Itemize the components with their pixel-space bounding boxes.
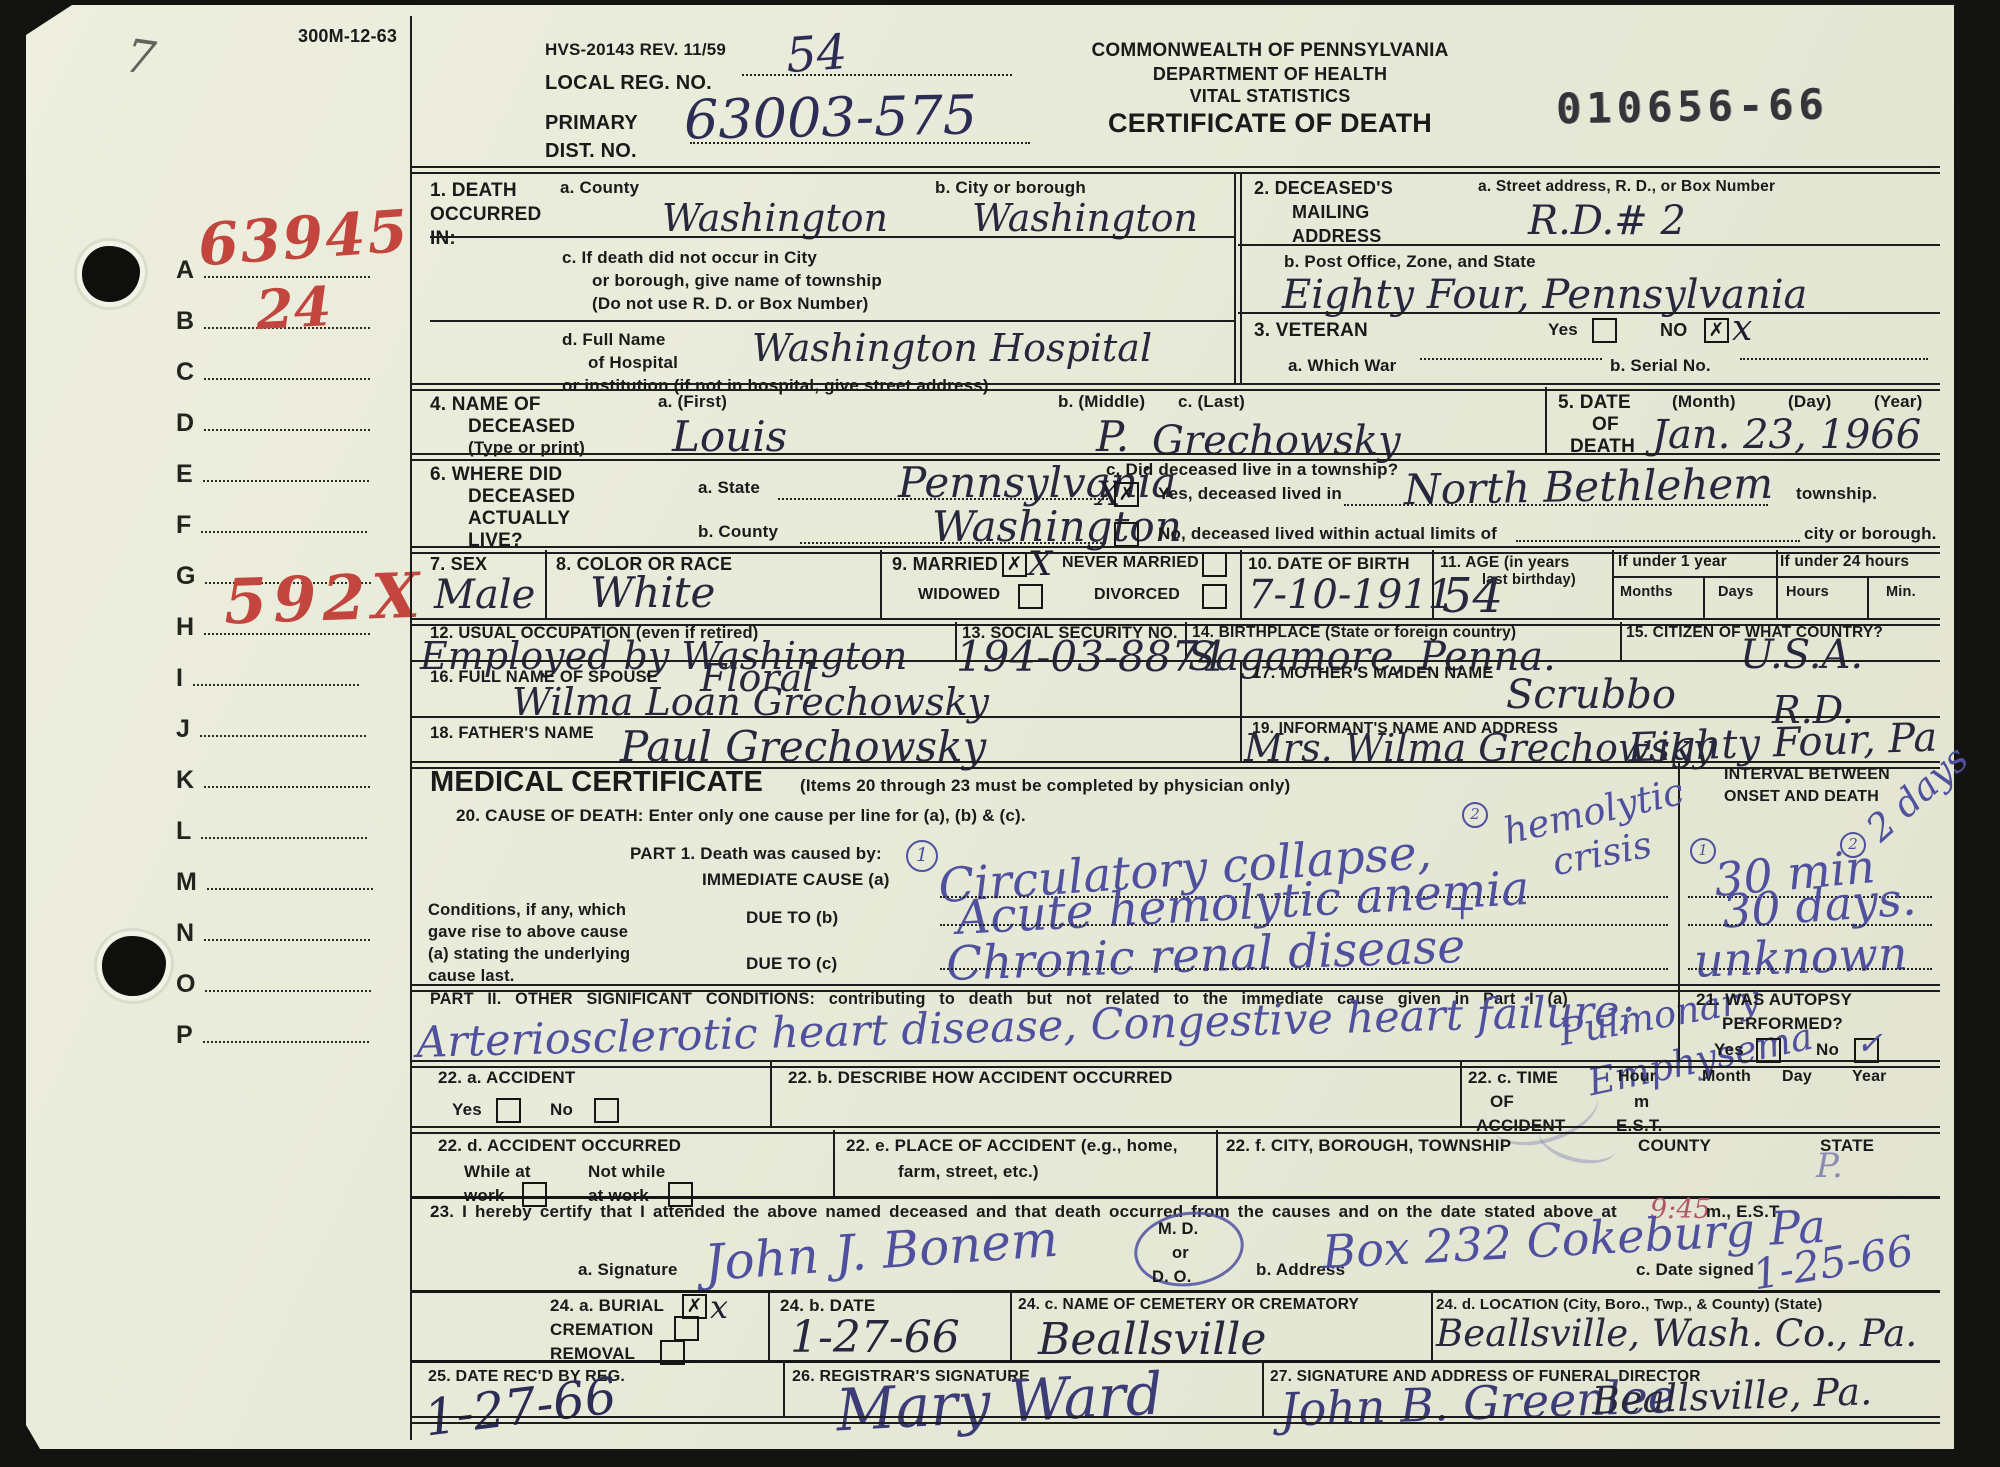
sec7-value: Male (434, 572, 535, 618)
interval-c-value: unknown (1693, 926, 1908, 987)
sec11-hours-min-div (1867, 576, 1869, 618)
sec9-married-label: 9. MARRIED (892, 554, 998, 575)
sec24-cemetery-value: Beallsville (1038, 1314, 1266, 1365)
sec9-divorced-checkbox (1202, 584, 1227, 609)
dist-value: 63003-575 (683, 83, 977, 151)
sec23-or-label: or (1172, 1244, 1189, 1263)
row7-div6 (1776, 550, 1778, 618)
sec6-yes-text: Yes, deceased lived in (1158, 484, 1342, 504)
sec6-borough-line (1516, 540, 1800, 542)
sec24-location-label: 24. d. LOCATION (City, Boro., Twp., & Co… (1436, 1296, 1822, 1313)
sec22d-notwhile-label: Not while (588, 1162, 665, 1182)
sec6-state-label: a. State (698, 478, 760, 498)
sec2-street-value: R.D.# 2 (1528, 198, 1686, 244)
interval-a2-circle2: 2 (1840, 832, 1866, 858)
row24-div1 (768, 1292, 770, 1360)
index-letter-row-L: L (176, 817, 394, 849)
sec2-rule1 (1238, 244, 1940, 246)
index-letter-row-D: D (176, 409, 394, 441)
index-letter-row-I: I (176, 664, 394, 696)
sec3-no-extra-mark: x (1732, 308, 1752, 349)
sec23-signature-label: a. Signature (578, 1260, 678, 1280)
sec5-month-label: (Month) (1672, 392, 1736, 412)
margin-red-number-2: 24 (254, 274, 332, 342)
sec22d-whileat-label: While at (464, 1162, 531, 1182)
vital-line: VITAL STATISTICS (1000, 86, 1540, 107)
row18-div (1240, 718, 1242, 761)
index-letter: O (176, 970, 195, 998)
index-letter: E (176, 460, 193, 488)
medical-title: MEDICAL CERTIFICATE (430, 766, 763, 799)
index-letter-row-P: P (176, 1021, 394, 1053)
medical-note: (Items 20 through 23 must be completed b… (800, 776, 1290, 796)
sec15-value: U.S.A. (1740, 632, 1863, 678)
sec9-married-checkbox: ✗ (1002, 552, 1027, 577)
sec23-datesigned-label: c. Date signed (1636, 1260, 1754, 1280)
row25-div1 (783, 1362, 785, 1416)
sec22a-no-label: No (550, 1100, 573, 1120)
index-letter-line (204, 768, 370, 788)
row7-div2 (880, 550, 882, 618)
index-letter-line (201, 819, 367, 839)
sec24-date-value: 1-27-66 (790, 1312, 960, 1363)
dist-label: DIST. NO. (545, 140, 637, 163)
index-letter-line (200, 717, 366, 737)
margin-red-number-3: 592X (223, 559, 427, 639)
sec4-label2: DECEASED (468, 416, 575, 438)
sec9-widowed-checkbox (1018, 584, 1043, 609)
sec6-township-word: township. (1796, 484, 1877, 504)
sec22d-label: 22. d. ACCIDENT OCCURRED (438, 1136, 681, 1156)
sec20-cond2: gave rise to above cause (428, 923, 628, 942)
index-letter-row-N: N (176, 919, 394, 951)
sec6-no-text: No, deceased lived within actual limits … (1158, 524, 1497, 544)
sec3-serial-label: b. Serial No. (1610, 356, 1711, 376)
index-letter: M (176, 868, 197, 896)
rule-above-25 (412, 1360, 1940, 1363)
sec1-county-value: Washington (662, 196, 888, 240)
sec10-label: 10. DATE OF BIRTH (1248, 554, 1410, 574)
row12-div3 (1620, 622, 1622, 660)
sec22e-label: 22. e. PLACE OF ACCIDENT (e.g., home, (846, 1136, 1178, 1156)
row7-div1 (545, 550, 547, 618)
margin-divider (410, 16, 412, 1440)
index-letter: K (176, 766, 194, 794)
row7-div3 (1240, 550, 1242, 618)
certificate-title: CERTIFICATE OF DEATH (1000, 108, 1540, 139)
sec1-hospital-value: Washington Hospital (752, 326, 1152, 370)
sec2-street-label: a. Street address, R. D., or Box Number (1478, 178, 1775, 196)
sec6-borough-word: city or borough. (1804, 524, 1937, 544)
sec1-city-label: b. City or borough (935, 178, 1086, 198)
cause-c-line (940, 968, 1668, 970)
sec22c-month-label: Month (1702, 1068, 1751, 1086)
sec4-label: 4. NAME OF (430, 394, 541, 416)
index-letter-row-F: F (176, 511, 394, 543)
row7-div5 (1612, 550, 1614, 618)
index-letter: D (176, 409, 194, 437)
sec8-value: White (590, 568, 715, 617)
sec20-due-b-label: DUE TO (b) (746, 908, 838, 928)
sec5-day-label: (Day) (1788, 392, 1832, 412)
sec1-d1: d. Full Name (562, 330, 665, 350)
index-letter-line (203, 1023, 369, 1043)
sec22c-day-label: Day (1782, 1068, 1812, 1086)
sec1-c2: or borough, give name of township (592, 271, 882, 291)
interval-c-line (1688, 968, 1932, 970)
sec11-under24-label: If under 24 hours (1780, 553, 1909, 571)
index-letter-row-E: E (176, 460, 394, 492)
sec11-days-label: Days (1718, 584, 1753, 600)
index-letter-line (204, 411, 370, 431)
rule-above-22abc (412, 1060, 1940, 1068)
cause-a-circle1: 1 (906, 840, 938, 872)
sec1-label2: OCCURRED (430, 204, 541, 226)
sec17-value: Scrubbo (1506, 672, 1676, 718)
index-letter-row-J: J (176, 715, 394, 747)
index-letter-line (205, 972, 371, 992)
sec9-never-checkbox (1202, 552, 1227, 577)
sec23-do-label: D. O. (1152, 1268, 1192, 1287)
sec1-rule1 (430, 236, 1234, 238)
sec6-label3: ACTUALLY (468, 508, 570, 530)
sec6-no-checkbox (1114, 522, 1139, 547)
sec11-value: 54 (1442, 568, 1503, 624)
local-reg-line (742, 74, 1012, 76)
sec24-burial-extra-x: x (710, 1288, 728, 1326)
sec20-cond1: Conditions, if any, which (428, 901, 626, 920)
sec20-immediate-label: IMMEDIATE CAUSE (a) (702, 870, 890, 890)
cause-a-note-circle2: 2 (1462, 802, 1488, 828)
sec11-months-days-div (1703, 576, 1705, 618)
sec6-township-q: c. Did deceased live in a township? (1106, 460, 1398, 480)
sec24-cemetery-label: 24. c. NAME OF CEMETERY OR CREMATORY (1018, 1296, 1359, 1314)
row16-div (1240, 662, 1242, 716)
sec2-rule2 (1238, 312, 1940, 314)
index-letter-row-M: M (176, 868, 394, 900)
sec3-label: 3. VETERAN (1254, 320, 1368, 342)
index-letter: C (176, 358, 194, 386)
interval-header1: INTERVAL BETWEEN (1724, 766, 1890, 784)
sec22a-yes-label: Yes (452, 1100, 482, 1120)
sec1-city-value: Washington (972, 196, 1198, 240)
form-code: HVS-20143 REV. 11/59 (545, 40, 726, 60)
index-letter: P (176, 1021, 193, 1049)
sec20-part1-label: PART 1. Death was caused by: (630, 844, 882, 864)
rule-above-23 (412, 1196, 1940, 1199)
sec2-po-label: b. Post Office, Zone, and State (1284, 252, 1536, 272)
sec9-widowed-label: WIDOWED (918, 586, 1000, 604)
index-letter: J (176, 715, 190, 743)
row25-div2 (1262, 1362, 1264, 1416)
sec5-label2: OF (1592, 414, 1619, 436)
row22def-div2 (1216, 1130, 1218, 1196)
sec22f-county-label: COUNTY (1638, 1136, 1711, 1156)
index-letter-line (204, 360, 370, 380)
sec6-label: 6. WHERE DID (430, 464, 562, 486)
sec1-d2: of Hospital (588, 353, 678, 373)
index-letter: L (176, 817, 191, 845)
sec4-middle-label: b. (Middle) (1058, 392, 1145, 412)
sec24-cremation-checkbox (674, 1316, 699, 1341)
sec24-cremation-label: CREMATION (550, 1320, 653, 1340)
rule-above-row16 (412, 660, 1940, 662)
index-letter-line (203, 462, 369, 482)
sec6-county-value: Washington (932, 502, 1182, 551)
sec6-label2: DECEASED (468, 486, 575, 508)
row22abc-div2 (1460, 1062, 1462, 1126)
sec17-label: 17. MOTHER'S MAIDEN NAME (1252, 664, 1494, 683)
sec21-yes-label: Yes (1714, 1040, 1744, 1060)
sec22e-label2: farm, street, etc.) (898, 1162, 1039, 1182)
sec3-war-line (1420, 358, 1602, 360)
sec1-sec2-divider (1234, 172, 1242, 383)
sec20-cond3: (a) stating the underlying (428, 945, 630, 964)
sec3-serial-line (1740, 358, 1928, 360)
sec1-rule2 (430, 320, 1234, 322)
index-letter: I (176, 664, 183, 692)
bottom-rule (412, 1416, 1940, 1424)
sec3-yes-checkbox (1592, 318, 1617, 343)
row22def-div1 (833, 1130, 835, 1196)
sec23-md-label: M. D. (1158, 1220, 1198, 1239)
sec5-year-label: (Year) (1874, 392, 1922, 412)
index-letter: N (176, 919, 194, 947)
index-letter-line (193, 666, 359, 686)
header-rule (412, 166, 1940, 174)
sec4-sec5-divider (1545, 387, 1547, 453)
sec22c-m-label: m (1634, 1092, 1649, 1112)
sec6-yes-checkbox: ✗ (1114, 482, 1139, 507)
index-letter-row-O: O (176, 970, 394, 1002)
primary-label: PRIMARY (545, 112, 638, 135)
sec13-value: 194-03-8874 (956, 632, 1225, 681)
sec11-hours-label: Hours (1786, 584, 1829, 600)
sec4-last-label: c. (Last) (1178, 392, 1245, 412)
sec2-label2: MAILING (1292, 202, 1369, 223)
sec22a-label: 22. a. ACCIDENT (438, 1068, 575, 1088)
sec22f-label: 22. f. CITY, BOROUGH, TOWNSHIP (1226, 1136, 1511, 1156)
sec11-months-label: Months (1620, 584, 1673, 600)
print-code: 300M-12-63 (298, 26, 397, 47)
sec9-never-label: NEVER MARRIED (1062, 554, 1199, 572)
sec22c-label: 22. c. TIME (1468, 1068, 1558, 1088)
index-letter: F (176, 511, 191, 539)
sec2-label: 2. DECEASED'S (1254, 178, 1393, 199)
sec24-location-value: Beallsville, Wash. Co., Pa. (1436, 1312, 1917, 1355)
sec9-married-extra-x: X (1028, 544, 1052, 584)
sec22b-label: 22. b. DESCRIBE HOW ACCIDENT OCCURRED (788, 1068, 1173, 1088)
sec22f-faint-p: P. (1816, 1146, 1843, 1186)
sec4-first-label: a. (First) (658, 392, 727, 412)
rule-above-24 (412, 1290, 1940, 1293)
rule-above-row18 (412, 716, 1940, 718)
sec21-no-label: No (1816, 1040, 1839, 1060)
row24-div3 (1431, 1292, 1433, 1360)
index-letter-line (204, 921, 370, 941)
index-letter-row-K: K (176, 766, 394, 798)
sec1-c1: c. If death did not occur in City (562, 248, 817, 268)
sec11-under24-rule (1776, 576, 1940, 578)
sec22c-hour-label: Hour (1618, 1068, 1656, 1086)
index-letter: A (176, 256, 194, 284)
sec6-township-value: North Bethlehem (1404, 459, 1774, 514)
rule-above-row4 (412, 383, 1940, 391)
sec11-under1-label: If under 1 year (1618, 553, 1727, 571)
sec22c-of-label: OF (1490, 1092, 1514, 1112)
sec3-yes-label: Yes (1548, 320, 1578, 340)
sec11-min-label: Min. (1886, 584, 1916, 600)
certificate-number-stamp: 010656-66 (1556, 80, 1829, 134)
sec1-label: 1. DEATH (430, 180, 517, 202)
sec6-county-label: b. County (698, 522, 778, 542)
row24-div2 (1010, 1292, 1012, 1360)
sec21-no-ink-mark: ✓ (1856, 1024, 1883, 1062)
sec5-date-value: Jan. 23, 1966 (1652, 412, 1921, 458)
sec1-label3: IN: (430, 228, 456, 250)
index-letter-row-C: C (176, 358, 394, 390)
sec20-label: 20. CAUSE OF DEATH: Enter only one cause… (456, 806, 1026, 826)
sec3-no-checkbox: ✗ (1704, 318, 1729, 343)
sec1-county-label: a. County (560, 178, 639, 198)
sec10-value: 7-10-1911 (1248, 572, 1453, 618)
sec5-label: 5. DATE (1558, 392, 1631, 414)
sec21-label1: 21. WAS AUTOPSY (1696, 990, 1852, 1010)
commonwealth-line: COMMONWEALTH OF PENNSYLVANIA (1000, 40, 1540, 62)
index-letter: H (176, 613, 194, 641)
interval-header2: ONSET AND DEATH (1724, 788, 1879, 806)
sec3-war-label: a. Which War (1288, 356, 1397, 376)
sec21-box-divider (1678, 986, 1680, 1060)
sec18-label: 18. FATHER'S NAME (430, 724, 594, 743)
sec9-divorced-label: DIVORCED (1094, 586, 1180, 604)
local-reg-value: 54 (784, 24, 849, 84)
department-line: DEPARTMENT OF HEALTH (1000, 64, 1540, 85)
index-letter: B (176, 307, 194, 335)
sec20-due-c-label: DUE TO (c) (746, 954, 837, 974)
index-letter: G (176, 562, 195, 590)
sec21-label2: PERFORMED? (1722, 1014, 1843, 1034)
row22abc-div1 (770, 1062, 772, 1126)
sec3-no-label: NO (1660, 320, 1687, 341)
sec1-c3: (Do not use R. D. or Box Number) (592, 294, 869, 314)
sec22a-yes-checkbox (496, 1098, 521, 1123)
sec24-burial-label: 24. a. BURIAL (550, 1296, 664, 1316)
sec11-under1-rule (1612, 576, 1776, 578)
rule-above-22def (412, 1126, 1940, 1134)
index-letter-line (201, 513, 367, 533)
sec22c-year-label: Year (1852, 1068, 1887, 1086)
index-letter-line (207, 870, 373, 890)
sec22a-no-checkbox (594, 1098, 619, 1123)
